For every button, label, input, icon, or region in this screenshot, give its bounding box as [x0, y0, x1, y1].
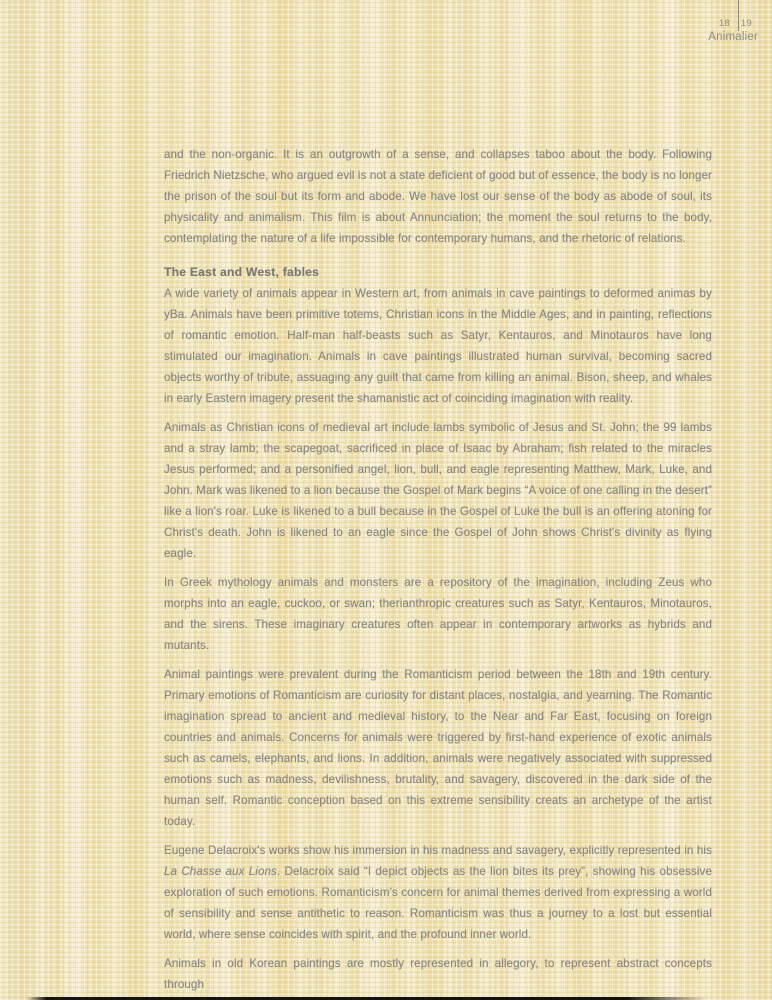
folio-page-number-right: 19	[741, 18, 752, 30]
article-text-column: and the non-organic. It is an outgrowth …	[164, 144, 712, 1000]
paragraph-intro: and the non-organic. It is an outgrowth …	[164, 144, 712, 249]
delacroix-text-pre: Eugene Delacroix's works show his immers…	[164, 844, 712, 857]
paragraph-western-art: A wide variety of animals appear in West…	[164, 283, 712, 409]
artwork-title-italic: La Chasse aux Lions	[164, 865, 277, 878]
paragraph-korean-paintings: Animals in old Korean paintings are most…	[164, 953, 712, 995]
paragraph-delacroix: Eugene Delacroix's works show his immers…	[164, 840, 712, 945]
chapter-title: Animalier	[708, 30, 758, 44]
folio-divider-rule	[738, 0, 739, 31]
paragraph-romanticism: Animal paintings were prevalent during t…	[164, 664, 712, 832]
paragraph-christian-icons: Animals as Christian icons of medieval a…	[164, 417, 712, 564]
paragraph-greek-mythology: In Greek mythology animals and monsters …	[164, 572, 712, 656]
folio-page-number-left: 18	[719, 18, 730, 30]
section-heading: The East and West, fables	[164, 262, 712, 283]
scanned-book-page: 18 19 Animalier and the non-organic. It …	[0, 0, 772, 1000]
